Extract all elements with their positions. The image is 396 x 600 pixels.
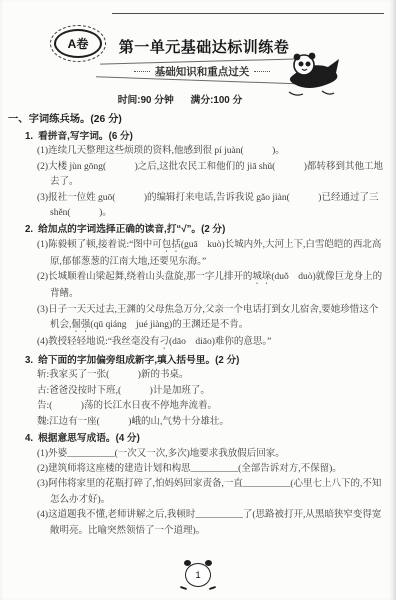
page-number: 1 [195,570,200,581]
question-1-title: 看拼音,写字词。(6 分) [38,131,133,142]
question-3-title: 给下面的字加偏旁组成新字,填入括号里。(2 分) [38,355,239,366]
subtitle-leader-left [134,71,150,72]
item-text: (dāo diāo)难你的意思。” [169,337,271,347]
fill-blank-item: (1)外婆__________(一次又一次,多次)地要求我放假后回家。 [0,447,396,462]
header-rule [112,13,384,14]
question-4-number: 4. [25,433,33,444]
question-4-heading: 4.根据意思写成语。(4 分) [25,431,396,446]
question-item: (2)大楼 jùn gōng( )之后,这批农民工和他们的 jiā shǔ( )… [0,160,396,191]
question-item: (3)日子一天天过去,王渊的父母焦急万分,父亲一个电话打到女儿宿舍,要她珍惜这个… [0,303,396,335]
paper-subtitle: 基础知识和重点过关 [104,64,300,79]
question-3-number: 3. [25,355,33,366]
time-label: 时间:90 分钟 [118,95,174,106]
paper-grade-badge-label: A卷 [68,35,89,52]
question-item: 魏:江边有一座( )峨的山,气势十分雄壮。 [0,415,396,430]
test-paper-page: A卷 第一单元基础达标训练卷 基础知识和重点过关 时间:90 分钟 满分:100… [0,0,396,600]
question-2-heading: 2.给加点的字词选择正确的读音,打“√”。(2 分) [25,222,396,237]
question-2-number: 2. [25,224,33,235]
paper-title: 第一单元基础达标训练卷 [116,36,292,57]
dotted-word: 倔强 [71,320,90,330]
question-item: 告:( )荡的长江水日夜不停地奔流着。 [0,399,396,414]
dotted-word: 包括 [162,240,181,250]
question-3-heading: 3.给下面的字加偏旁组成新字,填入括号里。(2 分) [25,353,396,368]
section-title: 一、字词练兵场。(26 分) [8,112,396,128]
panda-page-number-badge: 1 [185,563,211,587]
question-1-number: 1. [25,131,33,142]
question-item: 古:爸爸没按时下班,( )计是加班了。 [0,384,396,399]
fill-blank-item: (3)阿伟将家里的花瓶打碎了,怕妈妈回家责备,一直__________(心里七上… [0,477,396,508]
dotted-word: 刁 [159,337,169,347]
question-item: 斩:我家买了一张( )新的书桌。 [0,368,396,383]
panda-ear-icon [205,560,212,566]
subtitle-leader-right [254,71,270,72]
panda-diver-mascot-illustration [284,40,342,104]
question-2-title: 给加点的字词选择正确的读音,打“√”。(2 分) [38,224,225,235]
question-item: (3)报社一位姓 guō( )的编辑打来电话,告诉我说 gǎo jiàn( )已… [0,191,396,222]
item-text: (1)陈毅顿了顿,接着说:“图中可 [37,240,162,250]
item-text: (2)长城顺着山梁起舞,绕着山头盘旋,那一字儿排开的 [37,272,252,282]
question-item: (4)教授轻轻地说:“我丝毫没有刁(dāo diāo)难你的意思。” [0,335,396,352]
item-text: (4)教授轻轻地说:“我丝毫没有 [37,337,159,347]
fill-blank-item: (4)这道题我不懂,老师讲解之后,我顿时__________了(思路被打开,从黑… [0,508,396,539]
question-item: (1)陈毅顿了顿,接着说:“图中可包括(guā kuò)长城内外,大河上下,白雪… [0,238,396,270]
question-1-heading: 1.看拼音,写字词。(6 分) [25,129,396,144]
dotted-word: 城垛 [252,272,271,282]
question-4-title: 根据意思写成语。(4 分) [38,433,140,444]
page-footer: 1 [0,563,396,587]
fill-blank-item: (2)建筑师将这座楼的建造计划和构思__________(全部告诉对方,不保留)… [0,462,396,477]
score-label: 满分:100 分 [191,95,243,106]
paper-grade-badge: A卷 [54,29,102,58]
question-item: (2)长城顺着山梁起舞,绕着山头盘旋,那一字儿排开的城垛(duǒ duò)就像巨… [0,270,396,302]
question-item: (1)连续几天整理这些烦琐的资料,他感到很 pí juàn( )。 [0,144,396,159]
paper-body: 一、字词练兵场。(26 分) 1.看拼音,写字词。(6 分) (1)连续几天整理… [0,112,396,539]
item-text: (qū qiáng jué jiàng)的王渊还是不肯。 [90,320,248,330]
paper-subtitle-text: 基础知识和重点过关 [155,64,250,79]
panda-ear-icon [184,560,191,566]
